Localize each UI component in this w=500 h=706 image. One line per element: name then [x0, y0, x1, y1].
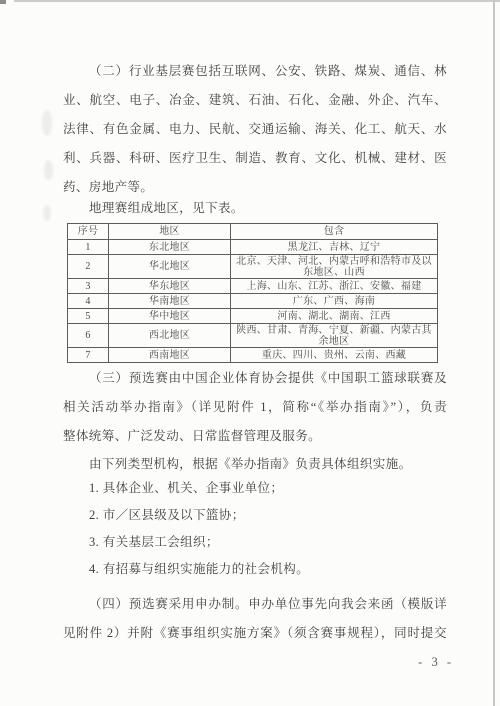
cell-includes: 陕西、甘肃、青海、宁夏、新疆、内蒙古其余地区 [231, 324, 438, 348]
cell-number: 2 [68, 255, 109, 279]
paragraph-line: 见附件 2）并附《赛事组织实施方案》（须含赛事规程），同时提交 [63, 619, 447, 648]
paragraph-line: （二）行业基层赛包括互联网、公安、铁路、煤炭、通信、林 [63, 57, 447, 86]
paragraph-line: 整体统筹、广泛发动、日常监督管理及服务。 [63, 422, 447, 451]
bleed-through-artifact [44, 160, 53, 180]
paragraph-line: 地理赛组成地区，见下表。 [63, 194, 447, 223]
list-item: 4. 有招募与组织实施能力的社会机构。 [63, 556, 447, 583]
bleed-through-artifact [43, 205, 51, 221]
cell-region: 华东地区 [109, 279, 231, 294]
cell-includes: 北京、天津、河北、内蒙古呼和浩特市及以东地区、山西 [231, 255, 438, 279]
cell-includes: 上海、山东、江苏、浙江、安徽、福建 [231, 279, 438, 294]
cell-region: 华北地区 [109, 255, 231, 279]
table-row: 1 东北地区 黑龙江、吉林、辽宁 [68, 240, 438, 255]
scan-corner-mark [0, 0, 6, 4]
scanned-document-page: （二）行业基层赛包括互联网、公安、铁路、煤炭、通信、林 业、航空、电子、冶金、建… [0, 0, 500, 706]
region-table: 序号 地区 包含 1 东北地区 黑龙江、吉林、辽宁 2 华北地区 北京、天津、河… [67, 223, 438, 363]
cell-includes: 广东、广西、海南 [231, 294, 438, 309]
list-item: 3. 有关基层工会组织； [63, 529, 447, 556]
cell-number: 7 [68, 348, 109, 363]
cell-region: 西北地区 [109, 324, 231, 348]
cell-includes: 重庆、四川、贵州、云南、西藏 [231, 348, 438, 363]
cell-region: 华中地区 [109, 309, 231, 324]
page-number: - 3 - [418, 655, 454, 670]
cell-includes: 河南、湖北、湖南、江西 [231, 309, 438, 324]
paragraph-line: 业、航空、电子、冶金、建筑、石油、石化、金融、外企、汽车、 [63, 86, 447, 115]
column-header-includes: 包含 [231, 224, 438, 240]
cell-region: 华南地区 [109, 294, 231, 309]
table-row: 7 西南地区 重庆、四川、贵州、云南、西藏 [68, 348, 438, 363]
paragraph-line: （三）预选赛由中国企业体育协会提供《中国职工篮球联赛及 [63, 364, 447, 393]
cell-number: 3 [68, 279, 109, 294]
cell-number: 5 [68, 309, 109, 324]
cell-number: 6 [68, 324, 109, 348]
paragraph-line: 法律、有色金属、电力、民航、交通运输、海关、化工、航天、水 [63, 115, 447, 144]
column-header-region: 地区 [109, 224, 231, 240]
paragraph-geo-intro: 地理赛组成地区，见下表。 [63, 194, 447, 223]
table-row: 4 华南地区 广东、广西、海南 [68, 294, 438, 309]
table-row: 3 华东地区 上海、山东、江苏、浙江、安徽、福建 [68, 279, 438, 294]
list-item: 2. 市／区县级及以下篮协； [63, 502, 447, 529]
cell-region: 东北地区 [109, 240, 231, 255]
table-row: 6 西北地区 陕西、甘肃、青海、宁夏、新疆、内蒙古其余地区 [68, 324, 438, 348]
org-type-list: 1. 具体企业、机关、企事业单位； 2. 市／区县级及以下篮协； 3. 有关基层… [63, 475, 447, 583]
scan-edge-top [14, 0, 500, 2]
paragraph-preliminary: （三）预选赛由中国企业体育协会提供《中国职工篮球联赛及 相关活动举办指南》（详见… [63, 364, 447, 451]
cell-number: 1 [68, 240, 109, 255]
paragraph-industry-leagues: （二）行业基层赛包括互联网、公安、铁路、煤炭、通信、林 业、航空、电子、冶金、建… [63, 57, 447, 202]
cell-includes: 黑龙江、吉林、辽宁 [231, 240, 438, 255]
table-header-row: 序号 地区 包含 [68, 224, 438, 240]
list-item: 1. 具体企业、机关、企事业单位； [63, 475, 447, 502]
column-header-number: 序号 [68, 224, 109, 240]
scan-edge-right [493, 0, 495, 706]
paragraph-line: 利、兵器、科研、医疗卫生、制造、教育、文化、机械、建材、医 [63, 144, 447, 173]
paragraph-application: （四）预选赛采用申办制。申办单位事先向我会来函（模版详 见附件 2）并附《赛事组… [63, 590, 447, 648]
paragraph-line: （四）预选赛采用申办制。申办单位事先向我会来函（模版详 [63, 590, 447, 619]
cell-number: 4 [68, 294, 109, 309]
bleed-through-artifact [42, 110, 52, 136]
table-row: 2 华北地区 北京、天津、河北、内蒙古呼和浩特市及以东地区、山西 [68, 255, 438, 279]
table-row: 5 华中地区 河南、湖北、湖南、江西 [68, 309, 438, 324]
paragraph-line: 相关活动举办指南》（详见附件 1，简称“《举办指南》”），负责 [63, 393, 447, 422]
cell-region: 西南地区 [109, 348, 231, 363]
